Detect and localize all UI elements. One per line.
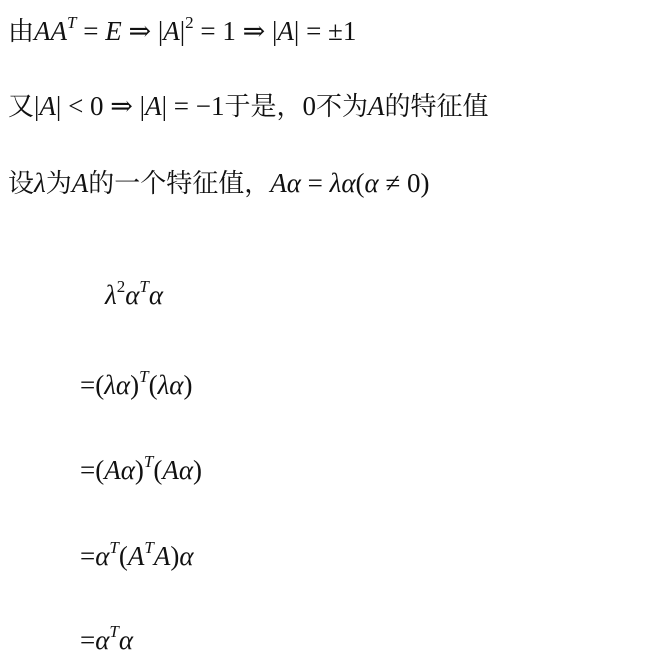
math-expression: AAT = E ⇒ |A|2 = 1 ⇒ |A| = ±1 [34, 16, 356, 46]
statement-line-3: 设λ为A的一个特征值，Aα = λα(α ≠ 0) [8, 166, 430, 201]
math-lambda: λ [34, 168, 46, 198]
math-a: A [368, 91, 385, 121]
text-as: 为 [46, 169, 72, 199]
text-therefore: 于是， [224, 92, 302, 122]
derivation-step-0: λ2αTα [105, 278, 163, 313]
statement-line-1: 由AAT = E ⇒ |A|2 = 1 ⇒ |A| = ±1 [8, 14, 356, 49]
math-expression: λ2αTα [105, 280, 163, 310]
math-expression: =αT(ATA)α [80, 541, 194, 571]
math-a: A [72, 168, 89, 198]
math-expression: |A| < 0 ⇒ |A| = −1 [34, 91, 224, 121]
statement-line-2: 又|A| < 0 ⇒ |A| = −1于是，0不为A的特征值 [8, 89, 489, 124]
text-an-eigenvalue: 的一个特征值， [88, 169, 270, 199]
derivation-step-2: =(Aα)T(Aα) [80, 453, 202, 488]
text-let: 设 [8, 169, 34, 199]
math-zero: 0 [302, 91, 316, 121]
text-you: 由 [8, 17, 34, 47]
math-expression: =(λα)T(λα) [80, 370, 192, 400]
text-you-again: 又 [8, 92, 34, 122]
derivation-step-4: =αTα [80, 623, 133, 658]
math-expression: Aα = λα(α ≠ 0) [270, 168, 429, 198]
derivation-step-1: =(λα)T(λα) [80, 368, 192, 403]
text-not-as: 不为 [316, 92, 368, 122]
derivation-step-3: =αT(ATA)α [80, 539, 194, 574]
math-expression: =(Aα)T(Aα) [80, 455, 202, 485]
math-expression: =αTα [80, 625, 133, 655]
text-eigenvalue: 的特征值 [384, 92, 488, 122]
